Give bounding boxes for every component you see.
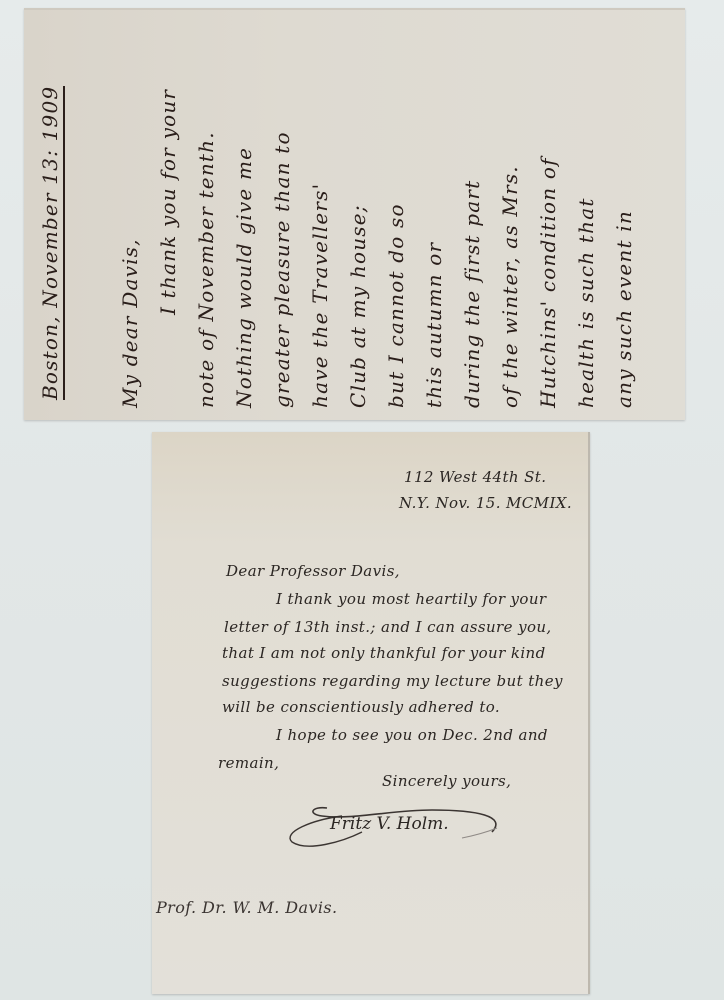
letter-2-body-line: that I am not only thankful for your kin… [222, 644, 546, 662]
letter-1-line: any such event in [612, 210, 636, 408]
letter-2-addressee: Prof. Dr. W. M. Davis. [156, 898, 337, 917]
letter-2-body-line: letter of 13th inst.; and I can assure y… [224, 618, 552, 636]
letter-1-line: greater pleasure than to [270, 131, 294, 408]
letter-1-line: have the Travellers' [308, 183, 332, 408]
letter-2-body-line: I hope to see you on Dec. 2nd and [276, 726, 548, 744]
letter-2-body-line: I thank you most heartily for your [276, 590, 547, 608]
letter-1-line: Club at my house; [346, 204, 370, 408]
letter-1-line: I thank you for your [156, 89, 180, 315]
letter-1-dateline: Boston, November 13: 1909 [38, 86, 65, 400]
letter-2-sheet: 112 West 44th St. N.Y. Nov. 15. MCMIX. D… [152, 432, 590, 994]
letter-2-body-line: suggestions regarding my lecture but the… [222, 672, 563, 690]
letter-1-line: but I cannot do so [384, 203, 408, 408]
letter-1-sheet: Boston, November 13: 1909 My dear Davis,… [24, 8, 685, 420]
letter-1-line: note of November tenth. [194, 131, 218, 408]
letter-1-line: Nothing would give me [232, 147, 256, 408]
letter-2-body-line: remain, [218, 754, 279, 772]
signature-text: Fritz V. Holm. [330, 814, 449, 834]
letter-2-body-line: will be conscientiously adhered to. [222, 698, 500, 716]
letter-2-closing: Sincerely yours, [382, 772, 511, 790]
letter-2-salutation: Dear Professor Davis, [226, 562, 400, 580]
letter-1-line: this autumn or [422, 242, 446, 408]
signature: Fritz V. Holm. [282, 802, 512, 852]
letter-1-rotated-content: Boston, November 13: 1909 My dear Davis,… [24, 10, 685, 420]
letter-1-line: of the winter, as Mrs. [498, 165, 522, 408]
letter-1-line: Hutchins' condition of [536, 157, 560, 408]
letter-1-salutation: My dear Davis, [118, 238, 142, 408]
letter-2-address-date: N.Y. Nov. 15. MCMIX. [399, 494, 572, 512]
letter-2-address-street: 112 West 44th St. [404, 468, 546, 486]
letter-1-line: during the first part [460, 180, 484, 408]
letter-1-line: health is such that [574, 197, 598, 408]
